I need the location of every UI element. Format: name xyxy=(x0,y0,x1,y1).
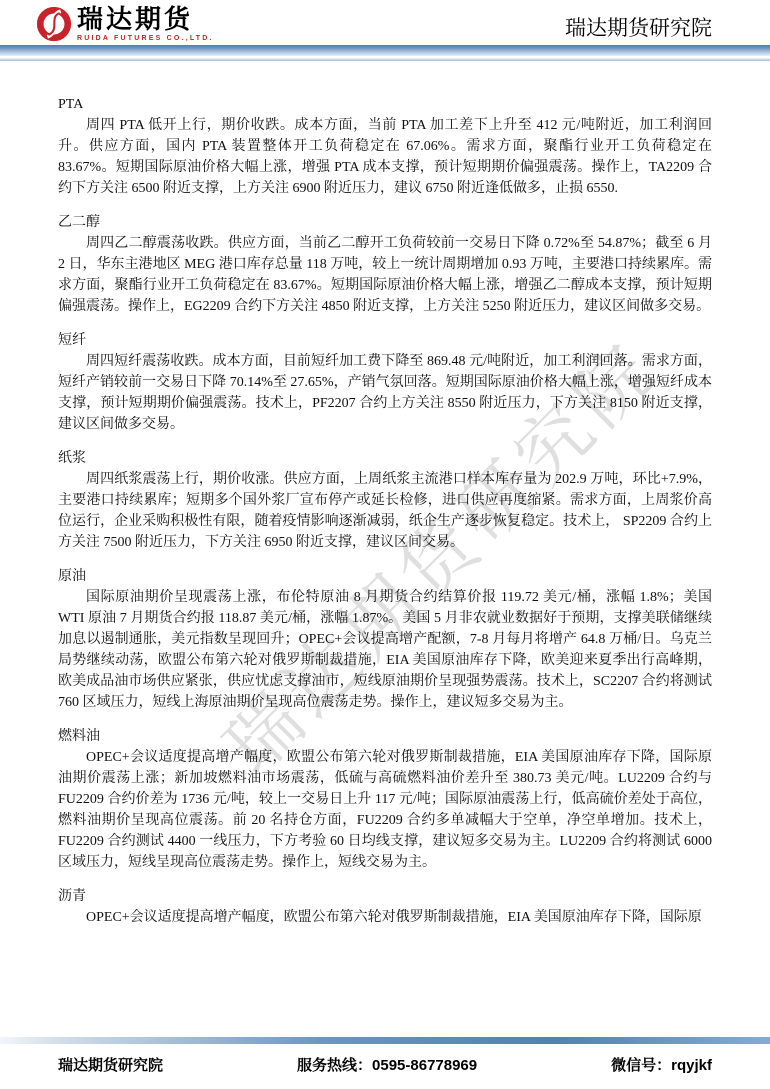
footer: 瑞达期货研究院 服务热线：0595-86778969 微信号：rqyjkf xyxy=(0,1037,770,1089)
report-page: 瑞达期货 RUIDA FUTURES CO.,LTD. 瑞达期货研究院 瑞达期货… xyxy=(0,0,770,1089)
footer-wechat: 微信号：rqyjkf xyxy=(611,1054,712,1075)
ruida-logo-icon xyxy=(35,5,73,43)
report-content: PTA 周四 PTA 低开上行，期价收跌。成本方面，当前 PTA 加工差下上升至… xyxy=(0,61,770,928)
company-logo: 瑞达期货 RUIDA FUTURES CO.,LTD. xyxy=(35,5,214,43)
section-body: 周四纸浆震荡上行，期价收涨。供应方面，上周纸浆主流港口样本库存量为 202.9 … xyxy=(58,469,712,553)
section-short-fiber: 短纤 周四短纤震荡收跌。成本方面，目前短纤加工费下降至 869.48 元/吨附近… xyxy=(58,330,712,435)
footer-hotline-number: 0595-86778969 xyxy=(372,1057,477,1074)
section-heading: 燃料油 xyxy=(58,726,712,747)
section-heading: 短纤 xyxy=(58,330,712,351)
section-ethylene-glycol: 乙二醇 周四乙二醇震荡收跌。供应方面，当前乙二醇开工负荷较前一交易日下降 0.7… xyxy=(58,212,712,317)
section-pta: PTA 周四 PTA 低开上行，期价收跌。成本方面，当前 PTA 加工差下上升至… xyxy=(58,94,712,199)
footer-hotline-label: 服务热线： xyxy=(297,1057,372,1074)
header: 瑞达期货 RUIDA FUTURES CO.,LTD. 瑞达期货研究院 xyxy=(0,0,770,61)
section-body: OPEC+会议适度提高增产幅度，欧盟公布第六轮对俄罗斯制裁措施，EIA 美国原油… xyxy=(58,907,712,928)
footer-hotline: 服务热线：0595-86778969 xyxy=(297,1054,477,1075)
header-divider-main xyxy=(0,45,770,56)
section-pulp: 纸浆 周四纸浆震荡上行，期价收涨。供应方面，上周纸浆主流港口样本库存量为 202… xyxy=(58,448,712,553)
page-title: 瑞达期货研究院 xyxy=(565,12,712,43)
section-heading: 原油 xyxy=(58,566,712,587)
section-heading: 沥青 xyxy=(58,886,712,907)
brand-name-en: RUIDA FUTURES CO.,LTD. xyxy=(77,35,214,42)
section-body: 周四短纤震荡收跌。成本方面，目前短纤加工费下降至 869.48 元/吨附近，加工… xyxy=(58,351,712,435)
footer-wechat-label: 微信号： xyxy=(611,1057,671,1074)
section-heading: 纸浆 xyxy=(58,448,712,469)
section-fuel-oil: 燃料油 OPEC+会议适度提高增产幅度，欧盟公布第六轮对俄罗斯制裁措施，EIA … xyxy=(58,726,712,873)
section-heading: PTA xyxy=(58,94,712,115)
section-crude-oil: 原油 国际原油期价呈现震荡上涨，布伦特原油 8 月期货合约结算价报 119.72… xyxy=(58,566,712,713)
footer-divider xyxy=(0,1037,770,1044)
section-body: 国际原油期价呈现震荡上涨，布伦特原油 8 月期货合约结算价报 119.72 美元… xyxy=(58,587,712,713)
section-heading: 乙二醇 xyxy=(58,212,712,233)
section-body: 周四乙二醇震荡收跌。供应方面，当前乙二醇开工负荷较前一交易日下降 0.72%至 … xyxy=(58,233,712,317)
section-body: OPEC+会议适度提高增产幅度，欧盟公布第六轮对俄罗斯制裁措施，EIA 美国原油… xyxy=(58,747,712,873)
brand-name-cn: 瑞达期货 xyxy=(77,6,214,32)
section-asphalt: 沥青 OPEC+会议适度提高增产幅度，欧盟公布第六轮对俄罗斯制裁措施，EIA 美… xyxy=(58,886,712,928)
footer-institute: 瑞达期货研究院 xyxy=(58,1054,163,1075)
section-body: 周四 PTA 低开上行，期价收跌。成本方面，当前 PTA 加工差下上升至 412… xyxy=(58,115,712,199)
footer-wechat-id: rqyjkf xyxy=(671,1057,712,1074)
